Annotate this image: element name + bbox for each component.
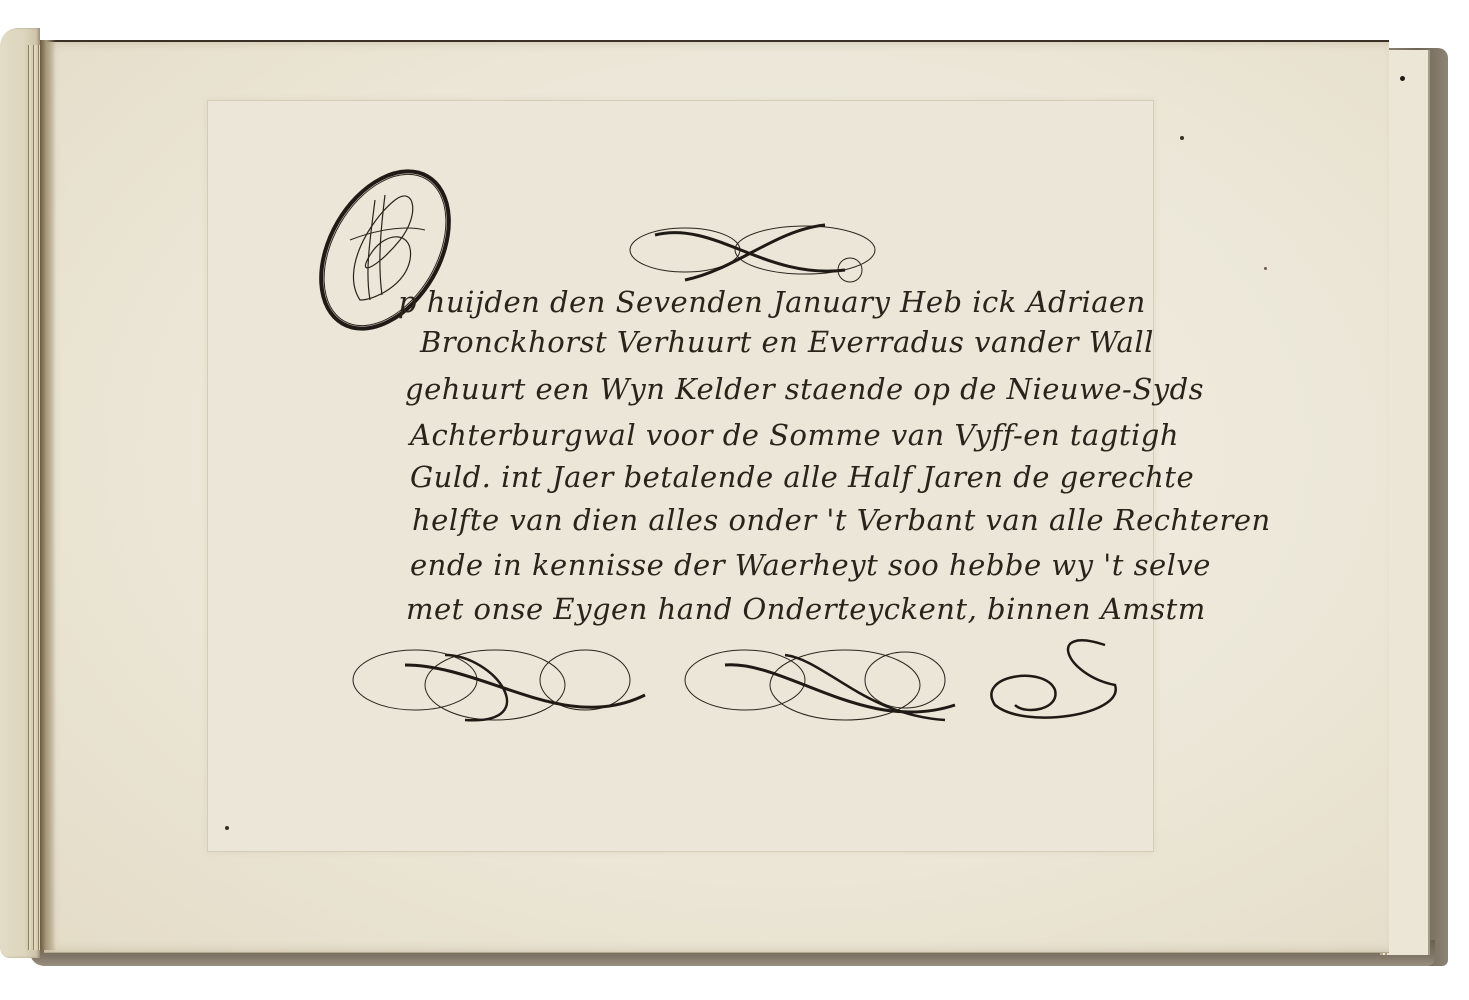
calligraphy-text: p huijden den Sevenden January Heb ick A… [0, 0, 1469, 1000]
text-line-6: helfte van dien alles onder 't Verbant v… [412, 503, 1271, 537]
text-line-1: p huijden den Sevenden January Heb ick A… [398, 285, 1146, 319]
text-line-4: Achterburgwal voor de Somme van Vyff-en … [410, 418, 1179, 452]
text-line-7: ende in kennisse der Waerheyt soo hebbe … [410, 548, 1211, 582]
text-line-8: met onse Eygen hand Onderteyckent, binne… [406, 592, 1206, 626]
text-line-2: Bronckhorst Verhuurt en Everradus vander… [420, 325, 1154, 359]
text-line-5: Guld. int Jaer betalende alle Half Jaren… [410, 460, 1194, 494]
text-line-3: gehuurt een Wyn Kelder staende op de Nie… [405, 372, 1204, 406]
